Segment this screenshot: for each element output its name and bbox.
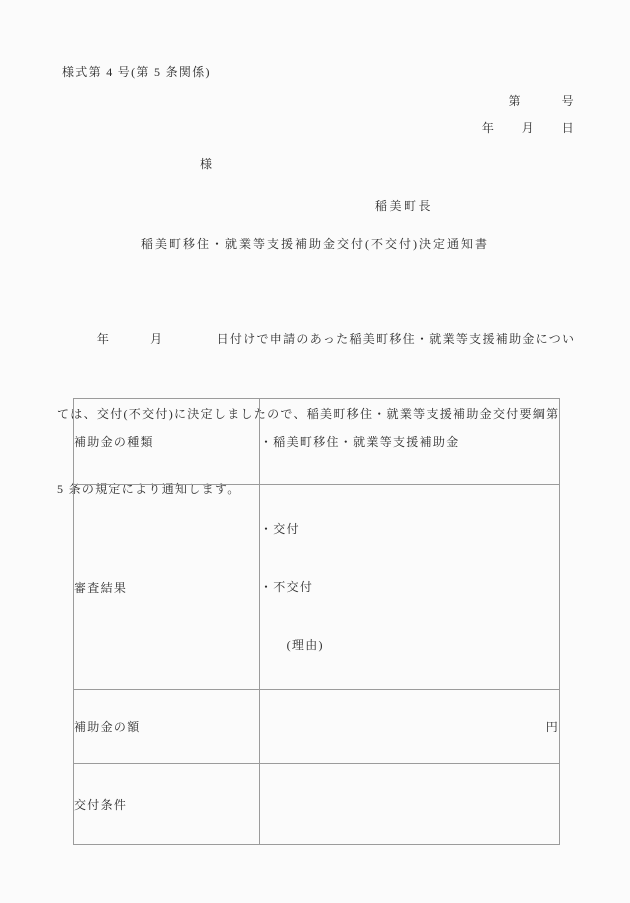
document-page: 様式第 4 号(第 5 条関係) 第 号 年 月 日 様 稲美町長 稲美町移住・… bbox=[0, 0, 630, 903]
document-number-line: 第 号 bbox=[508, 92, 575, 109]
table-row-grant-conditions: 交付条件 bbox=[74, 764, 560, 845]
grant-conditions-label: 交付条件 bbox=[74, 764, 260, 845]
subsidy-amount-label: 補助金の額 bbox=[74, 690, 260, 764]
sender-title: 稲美町長 bbox=[375, 197, 433, 214]
table-row-subsidy-amount: 補助金の額 円 bbox=[74, 690, 560, 764]
decision-table: 補助金の種類 ・稲美町移住・就業等支援補助金 審査結果 ・交付 ・不交付 (理由… bbox=[73, 398, 560, 845]
document-date-line: 年 月 日 bbox=[482, 119, 575, 136]
subsidy-type-value: ・稲美町移住・就業等支援補助金 bbox=[260, 399, 560, 485]
table-row-review-result: 審査結果 ・交付 ・不交付 (理由) bbox=[74, 485, 560, 690]
document-title: 稲美町移住・就業等支援補助金交付(不交付)決定通知書 bbox=[0, 235, 630, 252]
review-result-options: ・交付 ・不交付 (理由) bbox=[260, 485, 560, 690]
review-result-label: 審査結果 bbox=[74, 485, 260, 690]
grant-conditions-value bbox=[260, 764, 560, 845]
addressee-honorific: 様 bbox=[200, 155, 213, 172]
table-row-subsidy-type: 補助金の種類 ・稲美町移住・就業等支援補助金 bbox=[74, 399, 560, 485]
option-grant: ・交付 bbox=[260, 515, 559, 543]
reason-label: (理由) bbox=[260, 631, 559, 659]
body-line-1: 年 月 日付けで申請のあった稲美町移住・就業等支援補助金につい bbox=[57, 327, 582, 352]
subsidy-amount-unit: 円 bbox=[260, 690, 560, 764]
option-no-grant: ・不交付 bbox=[260, 573, 559, 601]
subsidy-type-label: 補助金の種類 bbox=[74, 399, 260, 485]
form-number: 様式第 4 号(第 5 条関係) bbox=[62, 63, 211, 80]
